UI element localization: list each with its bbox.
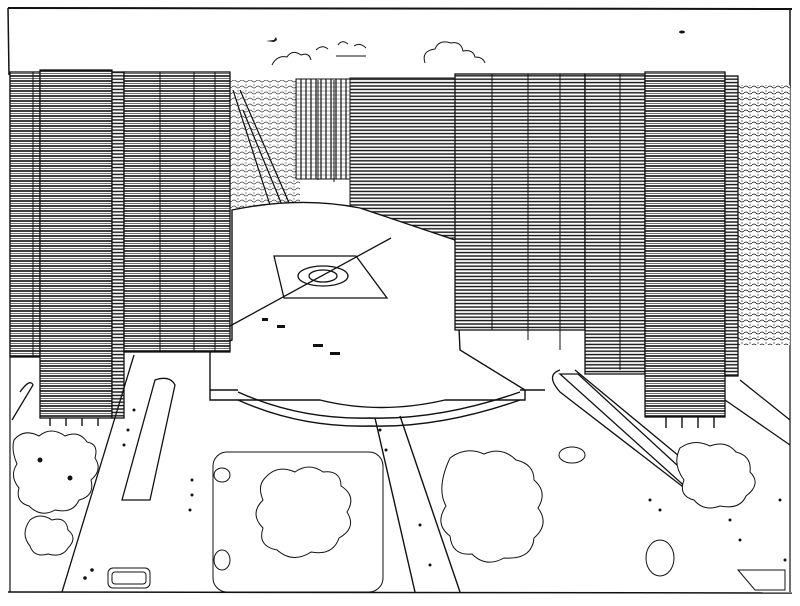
right-tower-block [455, 72, 738, 417]
left-tower-block [10, 70, 230, 418]
clouds [272, 42, 485, 65]
right-park [441, 442, 785, 590]
right-tower-pilotis [666, 417, 714, 428]
pedestrians [83, 409, 786, 580]
left-park [13, 431, 98, 555]
city-plan-illustration [0, 0, 800, 606]
left-tower-pilotis [50, 418, 98, 426]
aircraft [266, 31, 685, 43]
